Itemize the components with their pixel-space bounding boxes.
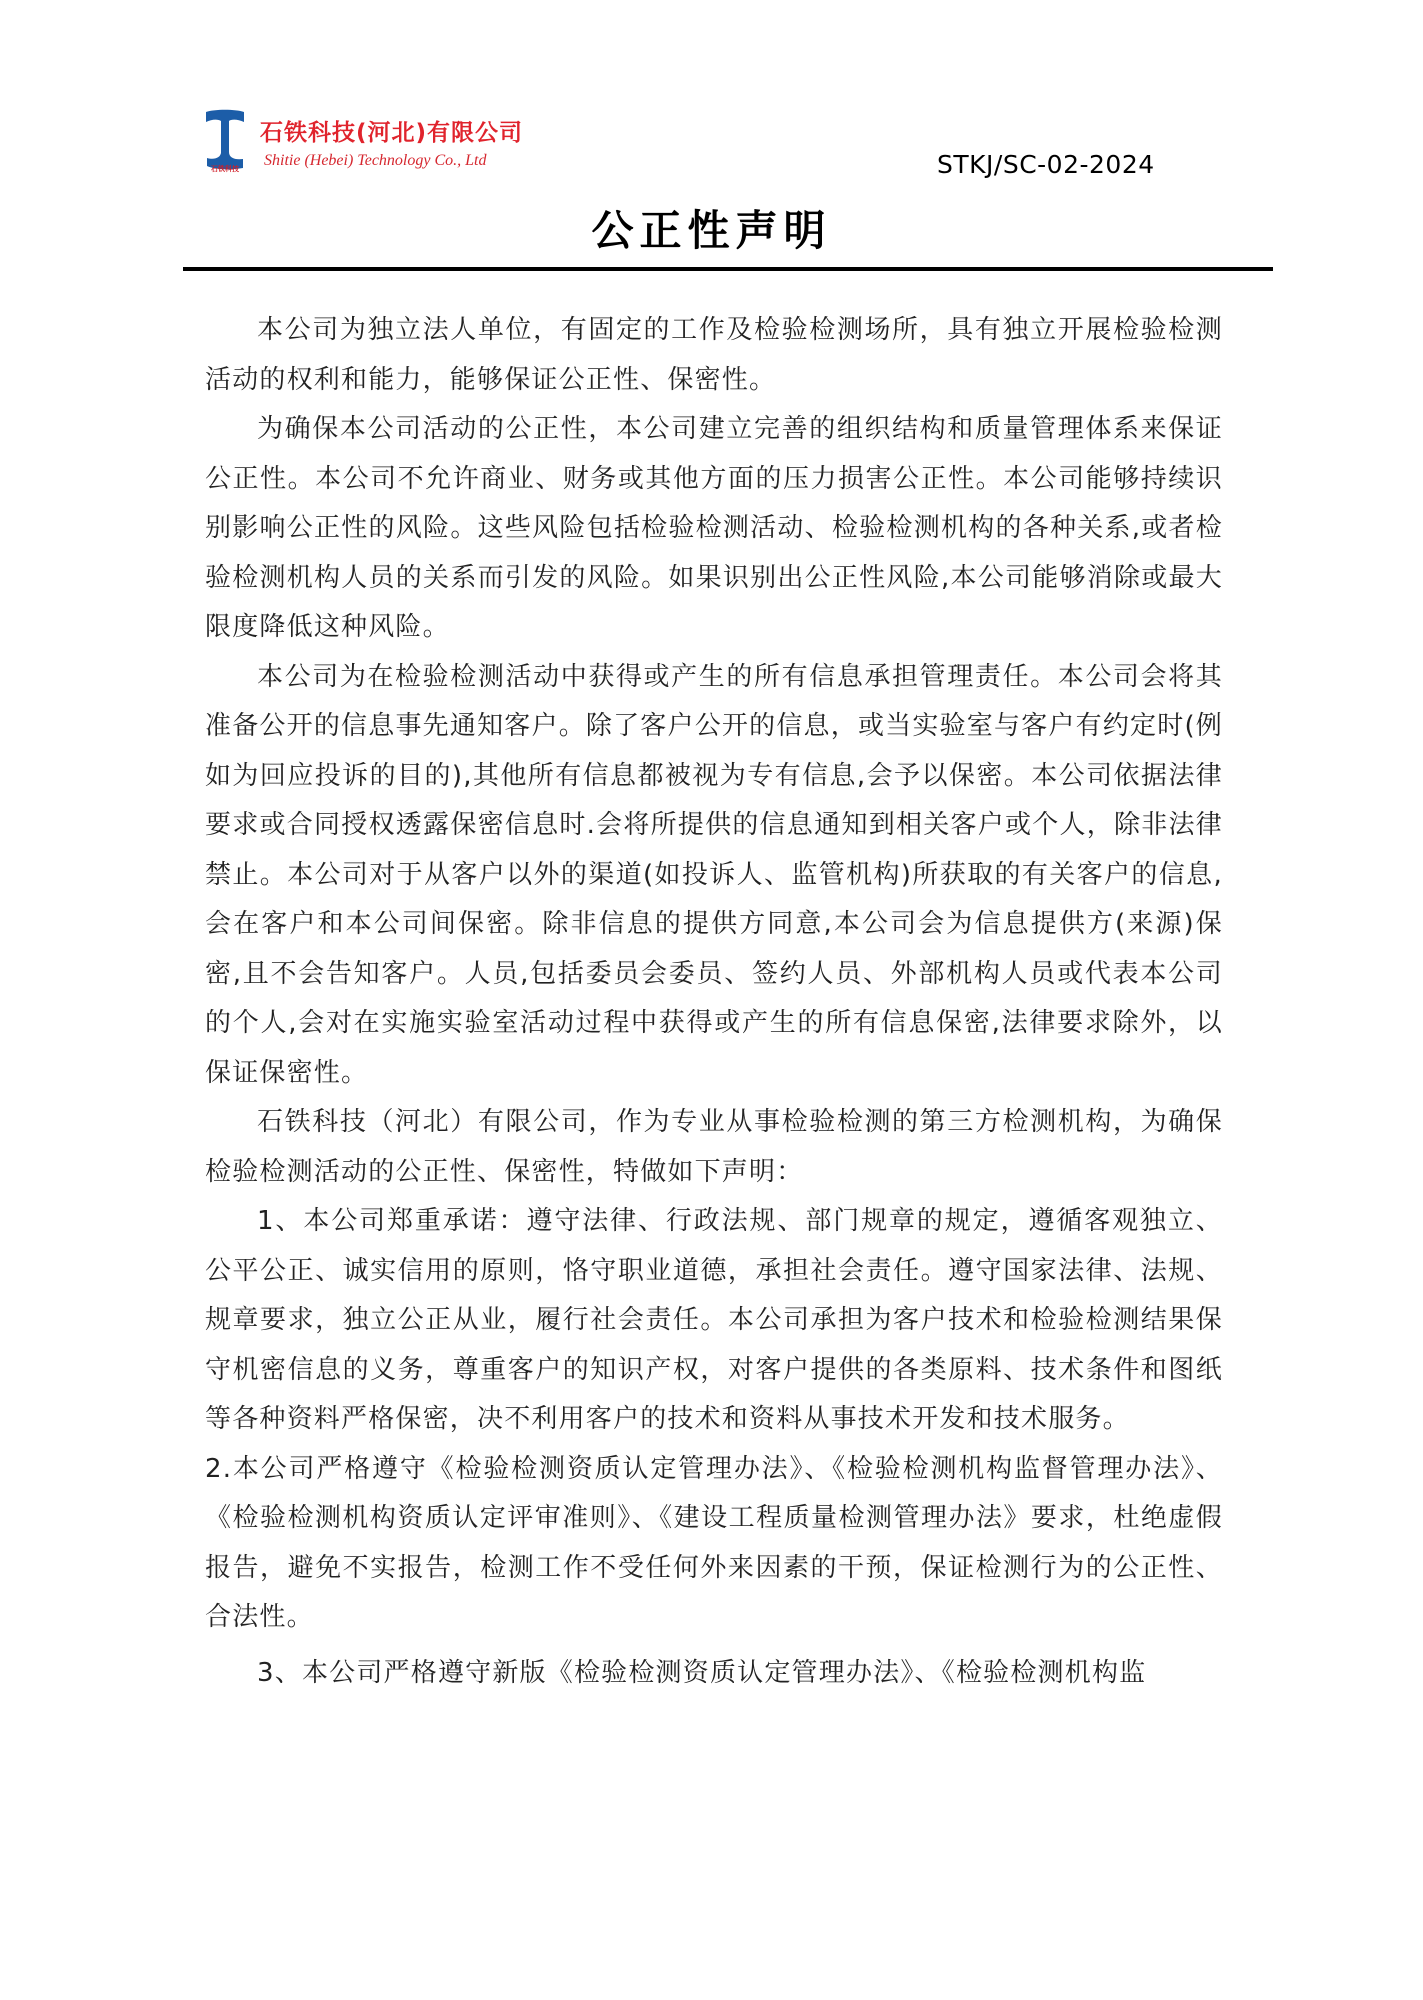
logo-mark-caption: 石铁科技 [200,164,250,174]
company-logo: 石铁科技 石铁科技(河北)有限公司 Shitie (Hebei) Technol… [200,100,560,185]
title-divider [183,267,1273,271]
paragraph-impartiality: 为确保本公司活动的公正性，本公司建立完善的组织结构和质量管理体系来保证公正性。本… [205,405,1223,653]
paragraph-commitment-3: 3、本公司严格遵守新版《检验检测资质认定管理办法》、《检验检测机构监 [205,1649,1223,1699]
paragraph-commitment-1: 1、本公司郑重承诺：遵守法律、行政法规、部门规章的规定，遵循客观独立、公平公正、… [205,1197,1223,1445]
paragraph-declaration-intro: 石铁科技（河北）有限公司，作为专业从事检验检测的第三方检测机构，为确保检验检测活… [205,1098,1223,1197]
document-code: STKJ/SC-02-2024 [937,150,1155,179]
statement-body: 本公司为独立法人单位，有固定的工作及检验检测场所，具有独立开展检验检测活动的权利… [205,306,1223,1698]
page-title: 公正性声明 [0,198,1423,258]
paragraph-independence: 本公司为独立法人单位，有固定的工作及检验检测场所，具有独立开展检验检测活动的权利… [205,306,1223,405]
paragraph-commitment-2: 2.本公司严格遵守《检验检测资质认定管理办法》、《检验检测机构监督管理办法》、《… [205,1445,1223,1643]
company-name-cn: 石铁科技(河北)有限公司 [260,114,523,147]
paragraph-confidentiality: 本公司为在检验检测活动中获得或产生的所有信息承担管理责任。本公司会将其准备公开的… [205,653,1223,1099]
document-page: 石铁科技 石铁科技(河北)有限公司 Shitie (Hebei) Technol… [0,0,1423,2000]
company-name-en: Shitie (Hebei) Technology Co., Ltd [264,152,487,170]
